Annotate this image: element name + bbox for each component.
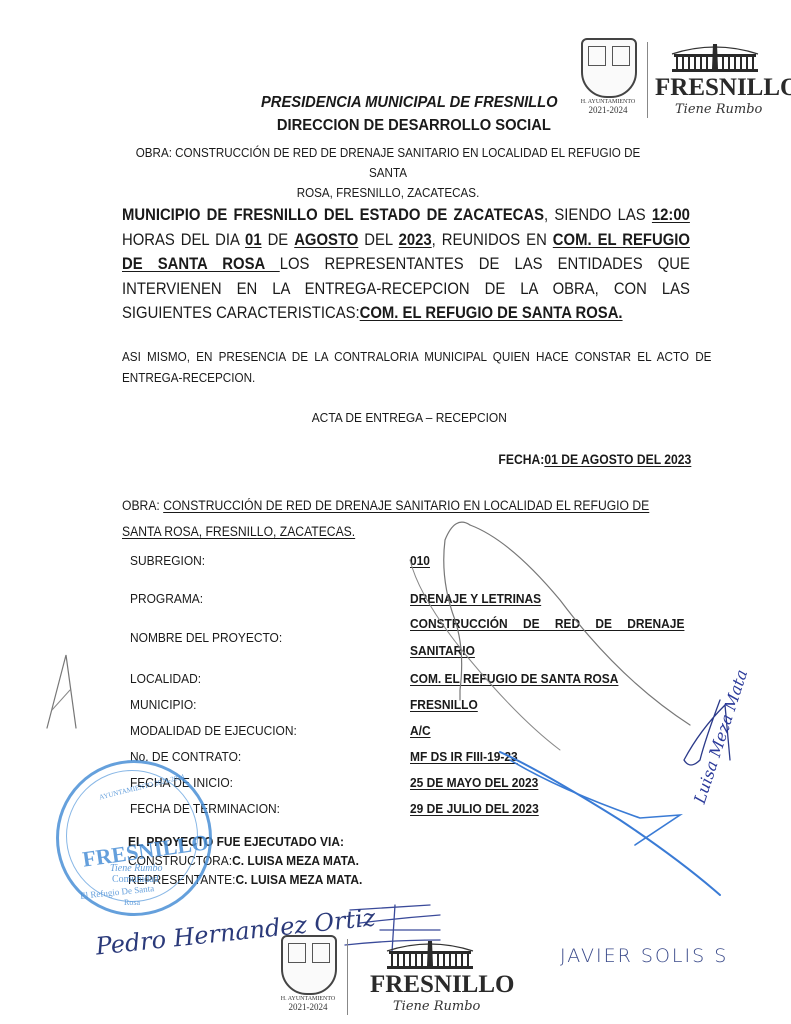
logo-slogan: Tiene Rumbo	[393, 999, 480, 1014]
detail-label-proyecto: NOMBRE DEL PROYECTO:	[130, 630, 282, 645]
detail-label-localidad: LOCALIDAD:	[130, 671, 201, 686]
ayuntamiento-label: H. AYUNTAMIENTO 2021-2024	[275, 995, 341, 1011]
intro-hour: 12:00	[652, 206, 690, 224]
intro-day: 01	[245, 231, 262, 249]
stamp-line3: Rosa	[124, 898, 140, 907]
detail-value-modalidad: A/C	[410, 723, 431, 738]
ayuntamiento-years: 2021-2024	[575, 106, 641, 114]
detail-value-proyecto: CONSTRUCCIÓN DE RED DE DRENAJE	[410, 616, 684, 631]
detail-label-subregion: SUBREGION:	[130, 553, 205, 568]
ayuntamiento-years: 2021-2024	[275, 1003, 341, 1011]
header-obra-line1: OBRA: CONSTRUCCIÓN DE RED DE DRENAJE SAN…	[128, 143, 649, 183]
logo-city-name: FRESNILLO	[370, 971, 514, 999]
coat-of-arms-icon	[281, 935, 337, 995]
obra-value: CONSTRUCCIÓN DE RED DE DRENAJE SANITARIO…	[122, 498, 649, 539]
intro-month: AGOSTO	[294, 231, 358, 249]
intro-text: HORAS DEL DIA	[122, 231, 245, 249]
logo-divider	[647, 42, 648, 118]
logo-slogan: Tiene Rumbo	[675, 102, 762, 117]
coat-of-arms-icon	[581, 38, 637, 98]
building-icon	[385, 939, 475, 969]
obra-label: OBRA:	[122, 498, 163, 513]
municipal-logo: H. AYUNTAMIENTO 2021-2024 FRESNILLO Tien…	[575, 36, 790, 126]
fecha-label: FECHA:	[498, 452, 544, 467]
header-obra-line2: ROSA, FRESNILLO, ZACATECAS.	[128, 183, 649, 203]
intro-text: , REUNIDOS EN	[432, 231, 553, 249]
signature-luisa-meza: Luisa Meza Mata	[690, 667, 751, 806]
obra-line: OBRA: CONSTRUCCIÓN DE RED DE DRENAJE SAN…	[122, 493, 689, 545]
fecha-value: 01 DE AGOSTO DEL 2023	[544, 452, 691, 467]
stamp-slogan: Tiene Rumbo	[110, 863, 163, 874]
acta-title: ACTA DE ENTREGA – RECEPCION	[32, 410, 760, 425]
intro-place-characteristics: COM. EL REFUGIO DE SANTA ROSA.	[360, 304, 623, 322]
constructora-value: C. LUISA MEZA MATA.	[232, 853, 359, 868]
detail-label-programa: PROGRAMA:	[130, 591, 203, 606]
detail-value-localidad: COM. EL REFUGIO DE SANTA ROSA	[410, 671, 618, 686]
intro-paragraph: MUNICIPIO DE FRESNILLO DEL ESTADO DE ZAC…	[122, 203, 690, 326]
signature-javier-solis: JAVIER SOLIS S	[560, 945, 728, 967]
detail-value-subregion: 010	[410, 553, 430, 568]
intro-text: DE	[262, 231, 295, 249]
detail-value-municipio: FRESNILLO	[410, 697, 478, 712]
header-obra: OBRA: CONSTRUCCIÓN DE RED DE DRENAJE SAN…	[128, 143, 649, 203]
logo-city-name: FRESNILLO	[655, 74, 791, 102]
detail-value-fecha-terminacion: 29 DE JULIO DEL 2023	[410, 801, 539, 816]
detail-value-fecha-inicio: 25 DE MAYO DEL 2023	[410, 775, 538, 790]
detail-value-proyecto-cont: SANITARIO	[410, 643, 475, 658]
detail-value-programa: DRENAJE Y LETRINAS	[410, 591, 541, 606]
intro-municipio: MUNICIPIO DE FRESNILLO DEL ESTADO DE ZAC…	[122, 206, 544, 224]
representante-value: C. LUISA MEZA MATA.	[235, 872, 362, 887]
logo-divider	[347, 939, 348, 1015]
intro-text: DEL	[358, 231, 398, 249]
ayuntamiento-label: H. AYUNTAMIENTO 2021-2024	[575, 98, 641, 114]
municipal-logo-footer: H. AYUNTAMIENTO 2021-2024 FRESNILLO Tien…	[275, 933, 520, 1023]
building-icon	[670, 42, 760, 72]
detail-label-municipio: MUNICIPIO:	[130, 697, 196, 712]
detail-label-modalidad: MODALIDAD DE EJECUCION:	[130, 723, 297, 738]
fecha-line: FECHA:01 DE AGOSTO DEL 2023	[498, 452, 691, 467]
detail-value-contrato: MF DS IR FIII-19-23	[410, 749, 518, 764]
contraloria-paragraph: ASI MISMO, EN PRESENCIA DE LA CONTRALORI…	[122, 346, 712, 388]
intro-year: 2023	[399, 231, 432, 249]
intro-text: , SIENDO LAS	[544, 206, 652, 224]
